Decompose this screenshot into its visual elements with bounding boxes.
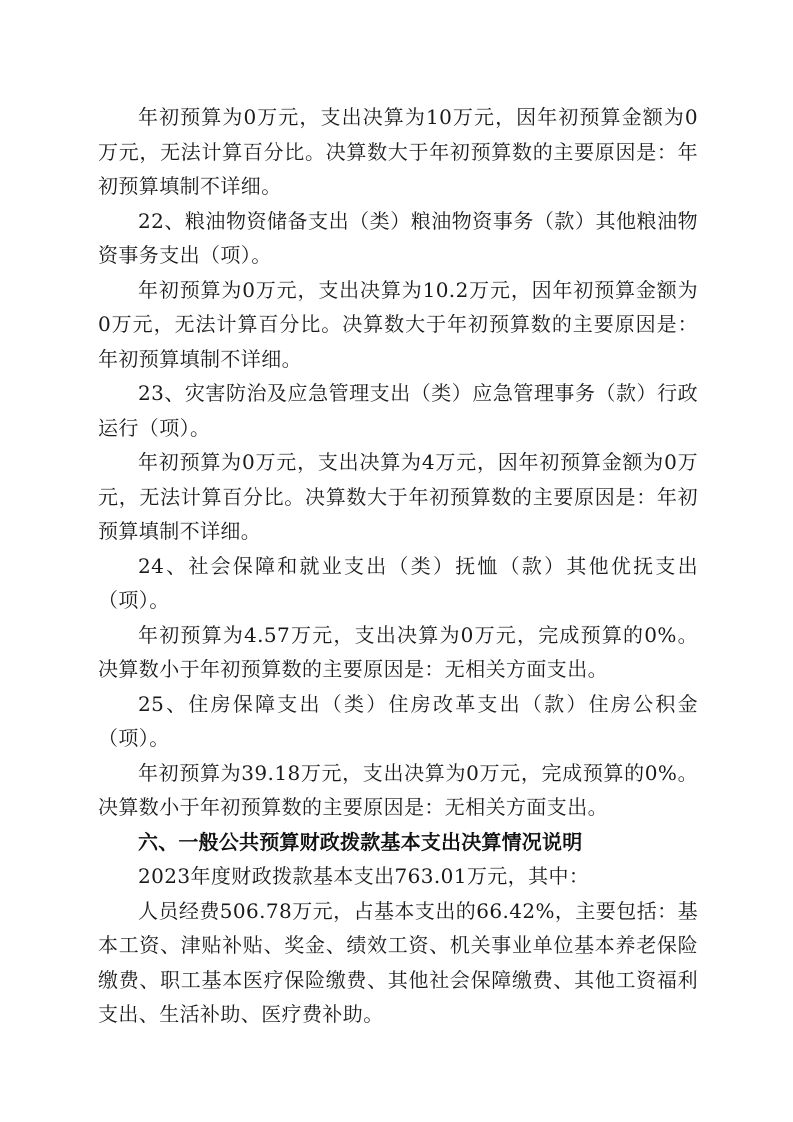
paragraph-budget-note-25: 年初预算为39.18万元，支出决算为0万元，完成预算的0%。决算数小于年初预算数… — [98, 756, 698, 825]
item-23-heading: 23、灾害防治及应急管理支出（类）应急管理事务（款）行政运行（项）。 — [98, 376, 698, 445]
document-page: 年初预算为0万元，支出决算为10万元，因年初预算金额为0万元，无法计算百分比。决… — [98, 100, 698, 1032]
paragraph-budget-note-24: 年初预算为4.57万元，支出决算为0万元，完成预算的0%。决算数小于年初预算数的… — [98, 618, 698, 687]
item-24-heading: 24、社会保障和就业支出（类）抚恤（款）其他优抚支出（项）。 — [98, 549, 698, 618]
item-22-heading: 22、粮油物资储备支出（类）粮油物资事务（款）其他粮油物资事务支出（项）。 — [98, 204, 698, 273]
item-25-heading: 25、住房保障支出（类）住房改革支出（款）住房公积金（项）。 — [98, 687, 698, 756]
section-six-heading: 六、一般公共预算财政拨款基本支出决算情况说明 — [98, 825, 698, 860]
paragraph-personnel-expenses: 人员经费506.78万元，占基本支出的66.42%，主要包括：基本工资、津贴补贴… — [98, 894, 698, 1032]
paragraph-budget-note-22: 年初预算为0万元，支出决算为10.2万元，因年初预算金额为0万元，无法计算百分比… — [98, 273, 698, 377]
paragraph-budget-note-21: 年初预算为0万元，支出决算为10万元，因年初预算金额为0万元，无法计算百分比。决… — [98, 100, 698, 204]
paragraph-budget-note-23: 年初预算为0万元，支出决算为4万元，因年初预算金额为0万元，无法计算百分比。决算… — [98, 445, 698, 549]
paragraph-basic-expenditure-total: 2023年度财政拨款基本支出763.01万元，其中： — [98, 859, 698, 894]
